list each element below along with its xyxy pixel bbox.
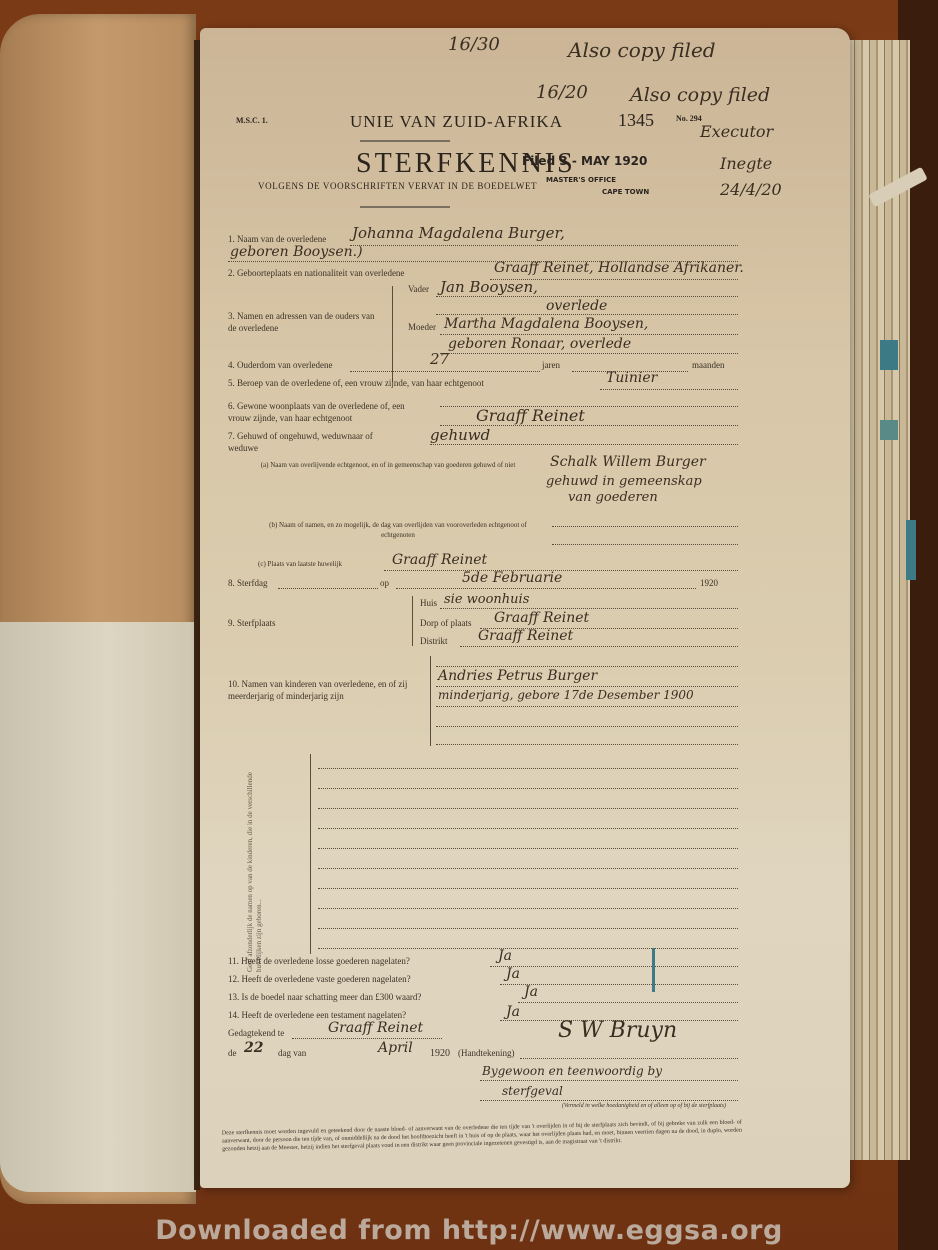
field-value: gehuwd (430, 426, 490, 444)
field-value: Ja (524, 984, 538, 1000)
side-instruction: Geef afzonderlijk de namen op van de kin… (246, 742, 264, 972)
field-value: Graaff Reinet (476, 406, 585, 425)
field-label: Distrikt (420, 636, 448, 646)
annotation-ref: 16/30 (448, 34, 500, 55)
field-label: 13. Is de boedel naar schatting meer dan… (228, 992, 421, 1002)
form-code: M.S.C. 1. (236, 116, 268, 125)
left-page-insert (0, 622, 196, 1192)
document-page: 16/30 Also copy filed 16/20 Also copy fi… (200, 28, 850, 1188)
field-label: Huis (420, 598, 437, 608)
divider (360, 206, 450, 208)
field-label: 3. Namen en adressen van de ouders van d… (228, 310, 378, 334)
day-suffix: dag van (278, 1048, 306, 1058)
field-label: 4. Ouderdom van overledene (228, 360, 332, 370)
field-label: 9. Sterfplaats (228, 618, 276, 628)
field-value: minderjarig, gebore 17de Desember 1900 (438, 688, 694, 702)
signature: S W Bruyn (558, 1018, 677, 1043)
filed-stamp: Filed 3 - MAY 1920 (522, 154, 647, 168)
reg-number: No. 294 (676, 114, 702, 123)
page-subtitle: VOLGENS DE VOORSCHRIFTEN VERVAT IN DE BO… (258, 181, 537, 191)
field-value: Andries Petrus Burger (438, 668, 597, 684)
field-label: Vader (408, 284, 429, 294)
field-label: Dorp of plaats (420, 618, 472, 628)
annotation-note: Also copy filed (630, 84, 770, 106)
month-value: April (378, 1040, 413, 1056)
field-label: maanden (692, 360, 724, 370)
day-prefix: de (228, 1048, 237, 1058)
field-label: 6. Gewone woonplaats van de overledene o… (228, 400, 428, 424)
field-label: Moeder (408, 322, 436, 332)
field-value: sie woonhuis (444, 592, 529, 607)
tab-marker (880, 340, 898, 370)
sign-label: (Handtekening) (458, 1048, 514, 1058)
field-value: Graaff Reinet, Hollandse Afrikaner. (494, 260, 744, 276)
field-label: 1. Naam van de overledene (228, 234, 326, 244)
tab-marker (906, 520, 916, 580)
field-label: 10. Namen van kinderen van overledene, e… (228, 678, 428, 702)
dated-label: Gedagtekend te (228, 1028, 284, 1038)
stamp-city: CAPE TOWN (602, 188, 649, 196)
annotation-note: Also copy filed (568, 38, 716, 62)
year-value: 1920 (430, 1048, 450, 1059)
field-value: Graaff Reinet (494, 610, 589, 626)
field-value: 5de Februarie (462, 570, 562, 586)
capacity-2: sterfgeval (502, 1084, 563, 1098)
field-label: 11. Heeft de overledene losse goederen n… (228, 956, 410, 966)
annotation-ref: 16/20 (536, 82, 588, 103)
field-value: Graaff Reinet (392, 552, 487, 568)
field-value: Graaff Reinet (478, 628, 573, 644)
form-number: 1345 (618, 110, 654, 131)
left-page (0, 14, 196, 1204)
day-value: 22 (244, 1040, 263, 1056)
field-label: 8. Sterfdag (228, 578, 268, 588)
field-value: 27 (430, 350, 449, 368)
stamp-office: MASTER'S OFFICE (546, 176, 616, 184)
field-value: Jan Booysen, (440, 278, 538, 296)
page-stack (840, 40, 910, 1160)
field-label: 12. Heeft de overledene vaste goederen n… (228, 974, 411, 984)
field-value: Schalk Willem Burger (550, 454, 706, 470)
capacity-note: (Vermeld in welke hoedanigheid en of all… (554, 1102, 734, 1110)
field-value: Martha Magdalena Booysen, (444, 316, 648, 332)
field-value: 1920 (700, 578, 718, 588)
annotation-side: Inegte (720, 154, 772, 173)
field-value: Tuinier (606, 370, 657, 386)
divider (360, 140, 450, 142)
watermark: Downloaded from http://www.eggsa.org (0, 1215, 938, 1246)
field-label: 7. Gehuwd of ongehuwd, weduwnaar of wedu… (228, 430, 388, 454)
annotation-executor: Executor (700, 122, 773, 141)
capacity: Bygewoon en teenwoordig by (482, 1064, 662, 1078)
field-value: Johanna Magdalena Burger, (352, 224, 565, 242)
field-value: overlede (546, 298, 607, 314)
field-label: (b) Naam of namen, en zo mogelijk, de da… (258, 520, 538, 540)
field-value: gehuwd in gemeenskap (546, 474, 702, 489)
field-value: Ja (506, 966, 520, 982)
field-value: geboren Ronaar, overlede (448, 336, 631, 352)
annotation-date: 24/4/20 (720, 180, 782, 199)
field-value: Ja (506, 1004, 520, 1020)
field-value: van goederen (568, 490, 658, 505)
field-label: (c) Plaats van laatste huwelijk (258, 560, 342, 568)
field-value: geboren Booysen.) (230, 244, 363, 260)
field-label: 2. Geboorteplaats en nationaliteit van o… (228, 268, 404, 278)
field-label: (a) Naam van overlijvende echtgenoot, en… (258, 460, 518, 470)
field-value: Ja (498, 948, 512, 964)
field-label: op (380, 578, 389, 588)
field-label: 5. Beroep van de overledene of, een vrou… (228, 378, 484, 388)
field-label: 14. Heeft de overledene een testament na… (228, 1010, 406, 1020)
blue-pencil-mark (652, 948, 655, 992)
footer-instructions: Deze sterfkennis moet worden ingevuld en… (222, 1119, 742, 1154)
union-heading: UNIE VAN ZUID-AFRIKA (350, 112, 563, 132)
dated-place: Graaff Reinet (328, 1020, 423, 1036)
field-label: jaren (542, 360, 560, 370)
tab-marker (880, 420, 898, 440)
